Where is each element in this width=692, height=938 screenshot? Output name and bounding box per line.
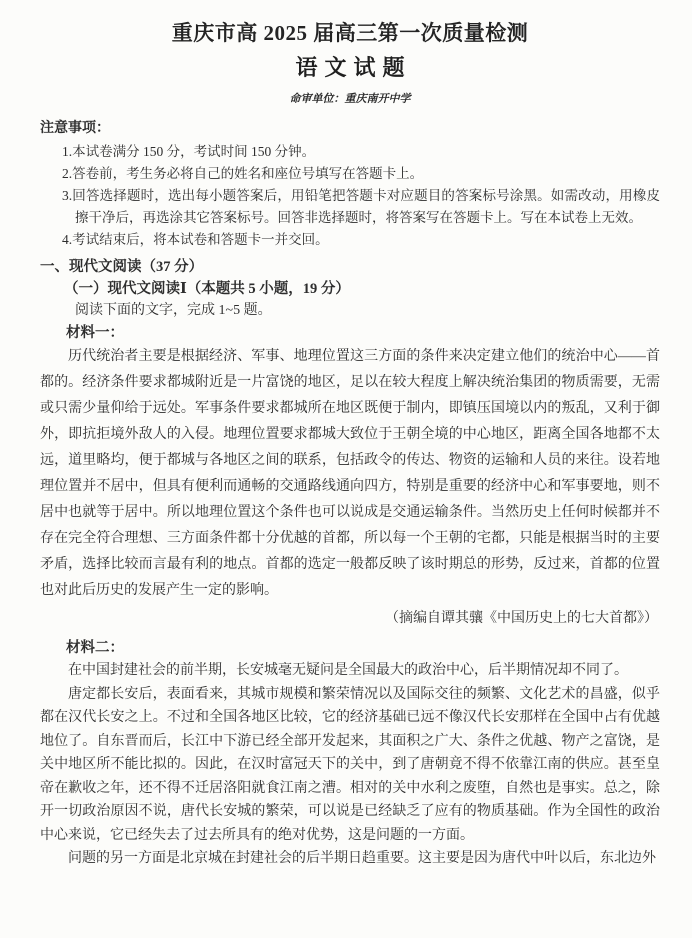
exam-authoring-unit: 命审单位：重庆南开中学 bbox=[40, 93, 660, 106]
section-heading-modern-reading: 一、现代文阅读（37 分） bbox=[40, 256, 660, 278]
material-one-paragraph: 历代统治者主要是根据经济、军事、地理位置这三方面的条件来决定建立他们的统治中心—… bbox=[40, 344, 660, 604]
exam-subject-title: 语文试题 bbox=[40, 54, 660, 82]
material-two-paragraph-1: 在中国封建社会的前半期，长安城毫无疑问是全国最大的政治中心，后半期情况却不同了。 bbox=[40, 659, 660, 683]
notice-list: 1.本试卷满分 150 分，考试时间 150 分钟。 2.答卷前，考生务必将自己… bbox=[62, 141, 660, 251]
exam-title: 重庆市高 2025 届高三第一次质量检测 bbox=[40, 20, 660, 46]
notice-item-3: 3.回答选择题时，选出每小题答案后，用铅笔把答题卡对应题目的答案标号涂黑。如需改… bbox=[62, 185, 660, 229]
material-two-label: 材料二： bbox=[66, 637, 660, 659]
material-two-paragraph-2: 唐定都长安后，表面看来，其城市规模和繁荣情况以及国际交往的频繁、文化艺术的昌盛，… bbox=[40, 683, 660, 848]
reading-instruction: 阅读下面的文字，完成 1~5 题。 bbox=[75, 300, 660, 322]
material-one-label: 材料一： bbox=[66, 322, 660, 344]
material-two-paragraph-3: 问题的另一方面是北京城在封建社会的后半期日趋重要。这主要是因为唐代中叶以后，东北… bbox=[40, 847, 660, 871]
exam-paper-page: 重庆市高 2025 届高三第一次质量检测 语文试题 命审单位：重庆南开中学 注意… bbox=[0, 0, 692, 938]
subsection-heading-reading-one: （一）现代文阅读Ⅰ（本题共 5 小题，19 分） bbox=[64, 278, 660, 300]
notice-item-1: 1.本试卷满分 150 分，考试时间 150 分钟。 bbox=[62, 141, 660, 163]
material-one-attribution: （摘编自谭其骧《中国历史上的七大首都》） bbox=[40, 606, 660, 632]
notice-item-2: 2.答卷前，考生务必将自己的姓名和座位号填写在答题卡上。 bbox=[62, 163, 660, 185]
notice-heading: 注意事项： bbox=[40, 119, 660, 139]
notice-item-4: 4.考试结束后，将本试卷和答题卡一并交回。 bbox=[62, 229, 660, 251]
